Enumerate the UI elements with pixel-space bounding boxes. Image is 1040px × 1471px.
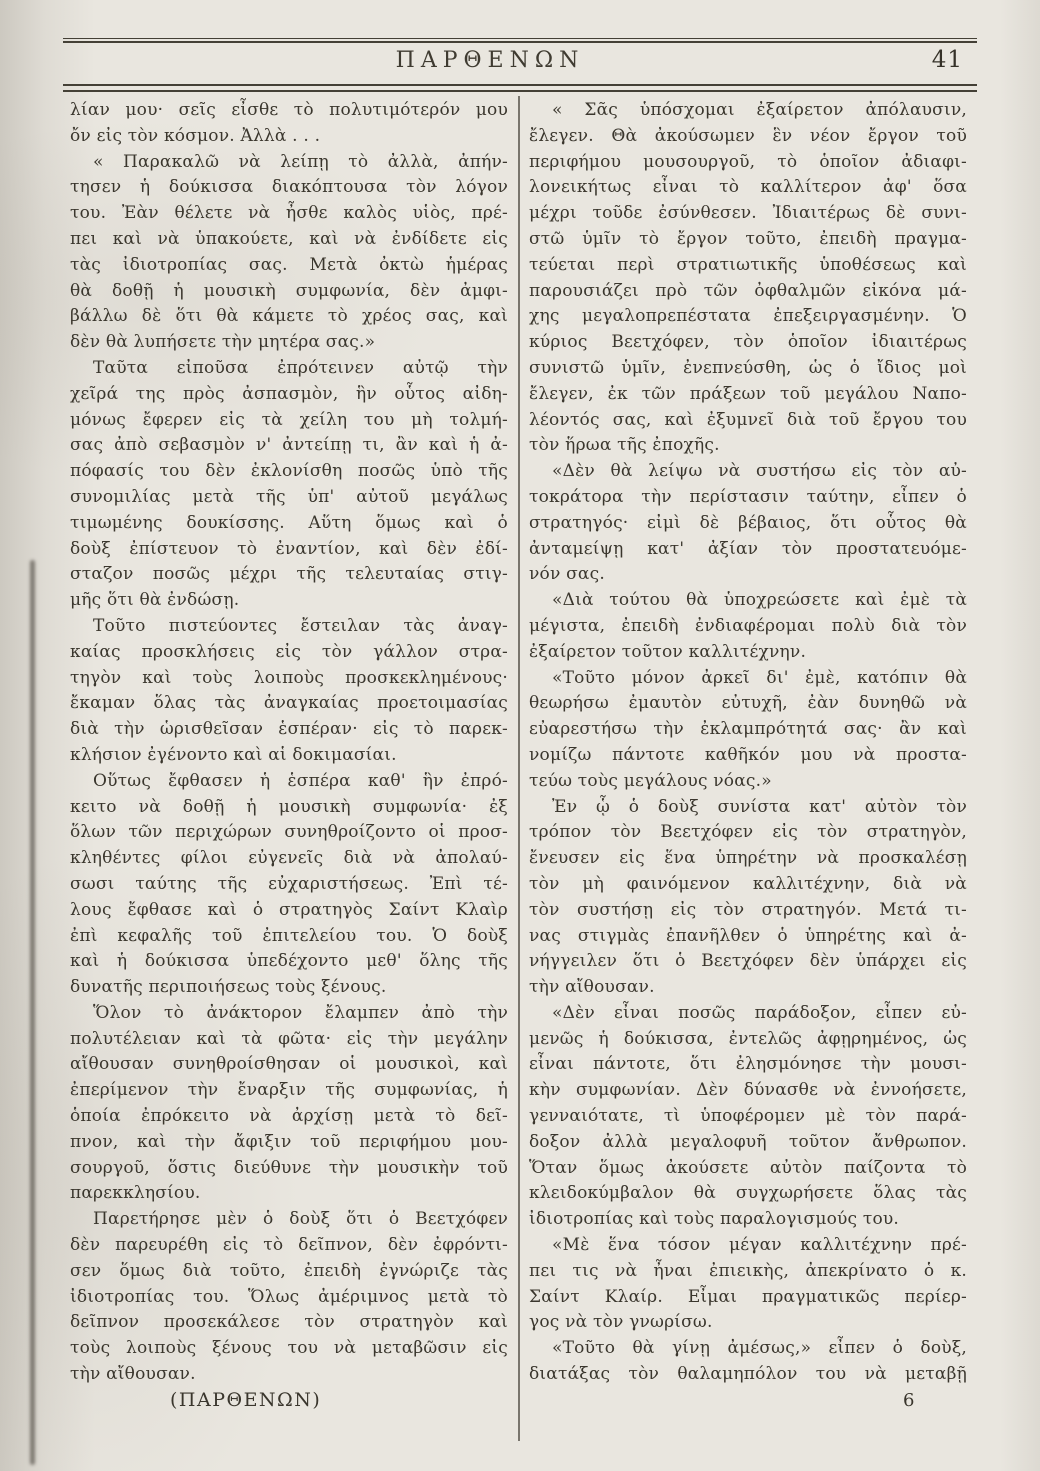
text-line: κειτο νὰ δοθῇ ἡ μουσικὴ συμφωνία· ἐξ	[70, 795, 508, 821]
text-line: λέοντός σας, καὶ ἐξυμνεῖ διὰ τοῦ ἔργου τ…	[529, 408, 967, 434]
text-line: «Τοῦτο θὰ γίνῃ ἀμέσως,» εἶπεν ὁ δοὺξ,	[529, 1336, 967, 1362]
text-line: διατάξας τὸν θαλαμηπόλον του νὰ μεταβῇ	[529, 1362, 967, 1388]
text-line: μέχρι τοῦδε ἐσύνθεσεν. Ἰδιαιτέρως δὲ συν…	[529, 201, 967, 227]
text-line: Σαίντ Κλαίρ. Εἶμαι πραγματικῶς περίερ-	[529, 1285, 967, 1311]
text-line: κλήσιον ἐγένοντο καὶ αἱ δοκιμασίαι.	[70, 743, 508, 769]
text-line: σεν ὅμως διὰ τοῦτο, ἐπειδὴ ἐγνώριζε τὰς	[70, 1259, 508, 1285]
text-line: σταζον ποσῶς μέχρι τῆς τελευταίας στιγ-	[70, 562, 508, 588]
text-line: ἔνευσεν εἰς ἕνα ὑπηρέτην νὰ προσκαλέσῃ	[529, 846, 967, 872]
text-line: διὰ τὴν ὡρισθεῖσαν ἑσπέραν· εἰς τὸ παρεκ…	[70, 717, 508, 743]
text-line: γος νὰ τὸν γνωρίσω.	[529, 1310, 967, 1336]
text-line: σουργοῦ, ὅστις διεύθυνε τὴν μουσικὴν τοῦ	[70, 1156, 508, 1182]
text-line: τὴν αἴθουσαν.	[70, 1362, 508, 1388]
text-line: σας ἀπὸ σεβασμὸν ν' ἀντείπῃ τι, ἂν καὶ ἡ…	[70, 433, 508, 459]
text-line: αἴθουσαν συνηθροίσθησαν οἱ μουσικοὶ, καὶ	[70, 1052, 508, 1078]
text-line: ἰδιοτροπίας του. Ὅλως ἀμέριμνος μετὰ τὸ	[70, 1285, 508, 1311]
text-line: νας στιγμὰς ἐπανῆλθεν ὁ ὑπηρέτης καὶ ἀ-	[529, 924, 967, 950]
text-line: μῆς ὅτι θὰ ἐνδώσῃ.	[70, 588, 508, 614]
text-line: τησεν ἡ δούκισσα διακόπτουσα τὸν λόγον	[70, 175, 508, 201]
right-column: « Σᾶς ὑπόσχομαι ἐξαίρετον ἀπόλαυσιν,ἔλεγ…	[529, 98, 967, 1388]
text-line: Παρετήρησε μὲν ὁ δοὺξ ὅτι ὁ Βεετχόφεν	[70, 1207, 508, 1233]
text-line: τεύω τοὺς μεγάλους νόας.»	[529, 769, 967, 795]
text-line: ἔκαμαν ὅλας τὰς ἀναγκαίας προετοιμασίας	[70, 691, 508, 717]
text-line: βάλλω δὲ ὅτι θὰ κάμετε τὸ χρέος σας, καὶ	[70, 304, 508, 330]
text-line: ὅλων τῶν περιχώρων συνηθροίζοντο οἱ προσ…	[70, 820, 508, 846]
text-line: Τοῦτο πιστεύοντες ἔστειλαν τὰς ἀναγ-	[70, 614, 508, 640]
text-line: «Δὲν εἶναι ποσῶς παράδοξον, εἶπεν εὐ-	[529, 1001, 967, 1027]
text-line: μόνως ἔφερεν εἰς τὰ χείλη του μὴ τολμή-	[70, 408, 508, 434]
text-line: στῶ ὑμῖν τὸ ἔργον τοῦτο, ἐπειδὴ πραγμα-	[529, 227, 967, 253]
text-line: χης μεγαλοπρεπέστατα ἐπεξειργασμένην. Ὁ	[529, 304, 967, 330]
text-line: παρεκκλησίου.	[70, 1181, 508, 1207]
text-line: Ταῦτα εἰποῦσα ἐπρότεινεν αὐτῷ τὴν	[70, 356, 508, 382]
text-line: τηγὸν καὶ τοὺς λοιποὺς προσκεκλημένους·	[70, 666, 508, 692]
signature-mark: 6	[529, 1390, 967, 1411]
text-line: τοὺς λοιποὺς ξένους του νὰ μεταβῶσιν εἰς	[70, 1336, 508, 1362]
text-line: τὰς ἰδιοτροπίας σας. Μετὰ ὀκτὼ ἡμέρας	[70, 253, 508, 279]
text-line: εἶναι πάντοτε, ὅτι ἐλησμόνησε τὴν μουσι-	[529, 1052, 967, 1078]
text-line: «Μὲ ἕνα τόσον μέγαν καλλιτέχνην πρέ-	[529, 1233, 967, 1259]
page-number: 41	[932, 47, 963, 73]
text-line: ὁποία ἐπρόκειτο νὰ ἀρχίσῃ μετὰ τὸ δεῖ-	[70, 1104, 508, 1130]
text-line: «Δὲν θὰ λείψω νὰ συστήσω εἰς τὸν αὐ-	[529, 459, 967, 485]
text-line: πει τις νὰ ἦναι ἐπιεικὴς, ἀπεκρίνατο ὁ κ…	[529, 1259, 967, 1285]
text-line: νήγγειλεν ὅτι ὁ Βεετχόφεν δὲν ὑπάρχει εἰ…	[529, 949, 967, 975]
text-line: τιμωμένης δουκίσσης. Αὕτη ὅμως καὶ ὁ	[70, 511, 508, 537]
text-line: πόφασίς του δὲν ἐκλονίσθη ποσῶς ὑπὸ τῆς	[70, 459, 508, 485]
text-line: συνομιλίας μετὰ τῆς ὑπ' αὐτοῦ μεγάλως	[70, 485, 508, 511]
text-line: ἐπὶ κεφαλῆς τοῦ ἐπιτελείου του. Ὁ δοὺξ	[70, 924, 508, 950]
text-line: μέγιστα, ἐπειδὴ ἐνδιαφέρομαι πολὺ διὰ τὸ…	[529, 614, 967, 640]
text-line: Ἐν ᾧ ὁ δοὺξ συνίστα κατ' αὐτὸν τὸν	[529, 795, 967, 821]
header-bottom-rule	[63, 84, 977, 92]
text-line: στρατηγός· εἰμὶ δὲ βέβαιος, ὅτι οὗτος θὰ	[529, 511, 967, 537]
text-line: Ὅλον τὸ ἀνάκτορον ἔλαμπεν ἀπὸ τὴν	[70, 1001, 508, 1027]
text-line: κλειδοκύμβαλον θὰ συγχωρήσετε ὅλας τὰς	[529, 1181, 967, 1207]
text-line: « Παρακαλῶ νὰ λείπῃ τὸ ἀλλὰ, ἀπήν-	[70, 150, 508, 176]
text-line: τὸν ἥρωα τῆς ἐποχῆς.	[529, 433, 967, 459]
text-line: τεύεται περὶ στρατιωτικῆς ὑποθέσεως καὶ	[529, 253, 967, 279]
text-line: δοξον ἀλλὰ μεγαλοφυῆ τοῦτον ἄνθρωπον.	[529, 1130, 967, 1156]
text-line: παρουσιάζει πρὸ τῶν ὀφθαλμῶν εἰκόνα μά-	[529, 279, 967, 305]
page-title: ΠΑΡΘΕΝΩΝ	[33, 48, 947, 73]
text-line: ἔλεγεν, ἐκ τῶν πράξεων τοῦ μεγάλου Ναπο-	[529, 382, 967, 408]
text-line: δὲν θὰ λυπήσετε τὴν μητέρα σας.»	[70, 330, 508, 356]
text-line: τρόπον τὸν Βεετχόφεν εἰς τὸν στρατηγὸν,	[529, 820, 967, 846]
header-top-rule	[63, 38, 977, 43]
text-line: «Τοῦτο μόνον ἀρκεῖ δι' ἐμὲ, κατόπιν θὰ	[529, 666, 967, 692]
text-line: εὐαρεστήσω τὴν ἐκλαμπρότητά σας· ἂν καὶ	[529, 717, 967, 743]
text-line: νόν σας.	[529, 562, 967, 588]
text-line: καίας προσκλήσεις εἰς τὸν γάλλον στρα-	[70, 640, 508, 666]
text-line: τὸν μὴ φαινόμενον καλλιτέχνην, διὰ νὰ	[529, 872, 967, 898]
text-line: γενναιότατε, τὶ ὑποφέρομεν μὲ τὸν παρά-	[529, 1104, 967, 1130]
scan-edge-artifact	[30, 560, 35, 1465]
text-line: τὸν συστήσῃ εἰς τὸν στρατηγόν. Μετά τι-	[529, 898, 967, 924]
text-line: λίαν μου· σεῖς εἶσθε τὸ πολυτιμότερόν μο…	[70, 98, 508, 124]
text-line: σωσι ταύτης τῆς εὐχαριστήσεως. Ἐπὶ τέ-	[70, 872, 508, 898]
text-line: «Διὰ τούτου θὰ ὑποχρεώσετε καὶ ἐμὲ τὰ	[529, 588, 967, 614]
text-line: ὄν εἰς τὸν κόσμον. Ἀλλὰ . . .	[70, 124, 508, 150]
scanned-page: ΠΑΡΘΕΝΩΝ 41 λίαν μου· σεῖς εἶσθε τὸ πολυ…	[0, 0, 1040, 1471]
text-line: δυνατῆς περιποιήσεως τοὺς ξένους.	[70, 975, 508, 1001]
text-line: Οὕτως ἔφθασεν ἡ ἑσπέρα καθ' ἣν ἐπρό-	[70, 769, 508, 795]
text-line: του. Ἐὰν θέλετε νὰ ἦσθε καλὸς υἱὸς, πρέ-	[70, 201, 508, 227]
column-divider-rule	[518, 96, 520, 1441]
text-line: ἰδιοτροπίας καὶ τοὺς παραλογισμούς του.	[529, 1207, 967, 1233]
text-line: θὰ δοθῇ ἡ μουσικὴ συμφωνία, δὲν ἀμφι-	[70, 279, 508, 305]
text-line: τὴν αἴθουσαν.	[529, 975, 967, 1001]
text-line: κὴν συμφωνίαν. Δὲν δύνασθε νὰ ἐννοήσετε,	[529, 1078, 967, 1104]
text-line: ἐξαίρετον τοῦτον καλλιτέχνην.	[529, 640, 967, 666]
text-line: ἐπερίμενον τὴν ἔναρξιν τῆς συμφωνίας, ἡ	[70, 1078, 508, 1104]
text-line: μενῶς ἡ δούκισσα, ἐντελῶς ἀφῃρημένος, ὡς	[529, 1027, 967, 1053]
left-column: λίαν μου· σεῖς εἶσθε τὸ πολυτιμότερόν μο…	[70, 98, 508, 1414]
text-line: δεῖπνον προσεκάλεσε τὸν στρατηγὸν καὶ	[70, 1310, 508, 1336]
text-line: ἀνταμείψῃ κατ' ἀξίαν τὸν προστατευόμε-	[529, 537, 967, 563]
text-line: κύριος Βεετχόφεν, τὸν ὁποῖον ἰδιαιτέρως	[529, 330, 967, 356]
text-line: κληθέντες φίλοι εὐγενεῖς διὰ νὰ ἀπολαύ-	[70, 846, 508, 872]
text-line: τοκράτορα τὴν περίστασιν ταύτην, εἶπεν ὁ	[529, 485, 967, 511]
text-line: καὶ ἡ δούκισσα ὑπεδέχοντο μεθ' ὅλης τῆς	[70, 949, 508, 975]
text-line: πει καὶ νὰ ὑπακούετε, καὶ νὰ ἐνδίδετε εἰ…	[70, 227, 508, 253]
text-line: θεωρήσω ἐμαυτὸν εὐτυχῆ, ἐὰν δυνηθῶ νὰ	[529, 691, 967, 717]
text-line: πνον, καὶ τὴν ἄφιξιν τοῦ περιφήμου μου-	[70, 1130, 508, 1156]
text-line: λονεικήτως εἶναι τὸ καλλίτερον ἀφ' ὅσα	[529, 175, 967, 201]
text-line: χεῖρά της πρὸς ἀσπασμὸν, ἣν οὗτος αἰδη-	[70, 382, 508, 408]
text-line: « Σᾶς ὑπόσχομαι ἐξαίρετον ἀπόλαυσιν,	[529, 98, 967, 124]
text-line: Ὅταν ὅμως ἀκούσετε αὐτὸν παίζοντα τὸ	[529, 1156, 967, 1182]
text-line: δοὺξ ἐπίστευον τὸ ἐναντίον, καὶ δὲν ἐδί-	[70, 537, 508, 563]
text-line: συνιστῶ ὑμῖν, ἐνεπνεύσθη, ὡς ὁ ἴδιος μοὶ	[529, 356, 967, 382]
text-line: πολυτέλειαν καὶ τὰ φῶτα· εἰς τὴν μεγάλην	[70, 1027, 508, 1053]
text-line: δὲν παρευρέθη εἰς τὸ δεῖπνον, δὲν ἐφρόντ…	[70, 1233, 508, 1259]
text-line: ἔλεγεν. Θὰ ἀκούσωμεν ἓν νέον ἔργον τοῦ	[529, 124, 967, 150]
text-line: λους ἔφθασε καὶ ὁ στρατηγὸς Σαίντ Κλαὶρ	[70, 898, 508, 924]
text-line: νομίζω πάντοτε καθῆκόν μου νὰ προστα-	[529, 743, 967, 769]
text-line: (ΠΑΡΘΕΝΩΝ)	[70, 1388, 508, 1414]
page-header: ΠΑΡΘΕΝΩΝ 41	[63, 44, 977, 82]
text-line: περιφήμου μουσουργοῦ, τὸ ὁποῖον ἀδιαφι-	[529, 150, 967, 176]
